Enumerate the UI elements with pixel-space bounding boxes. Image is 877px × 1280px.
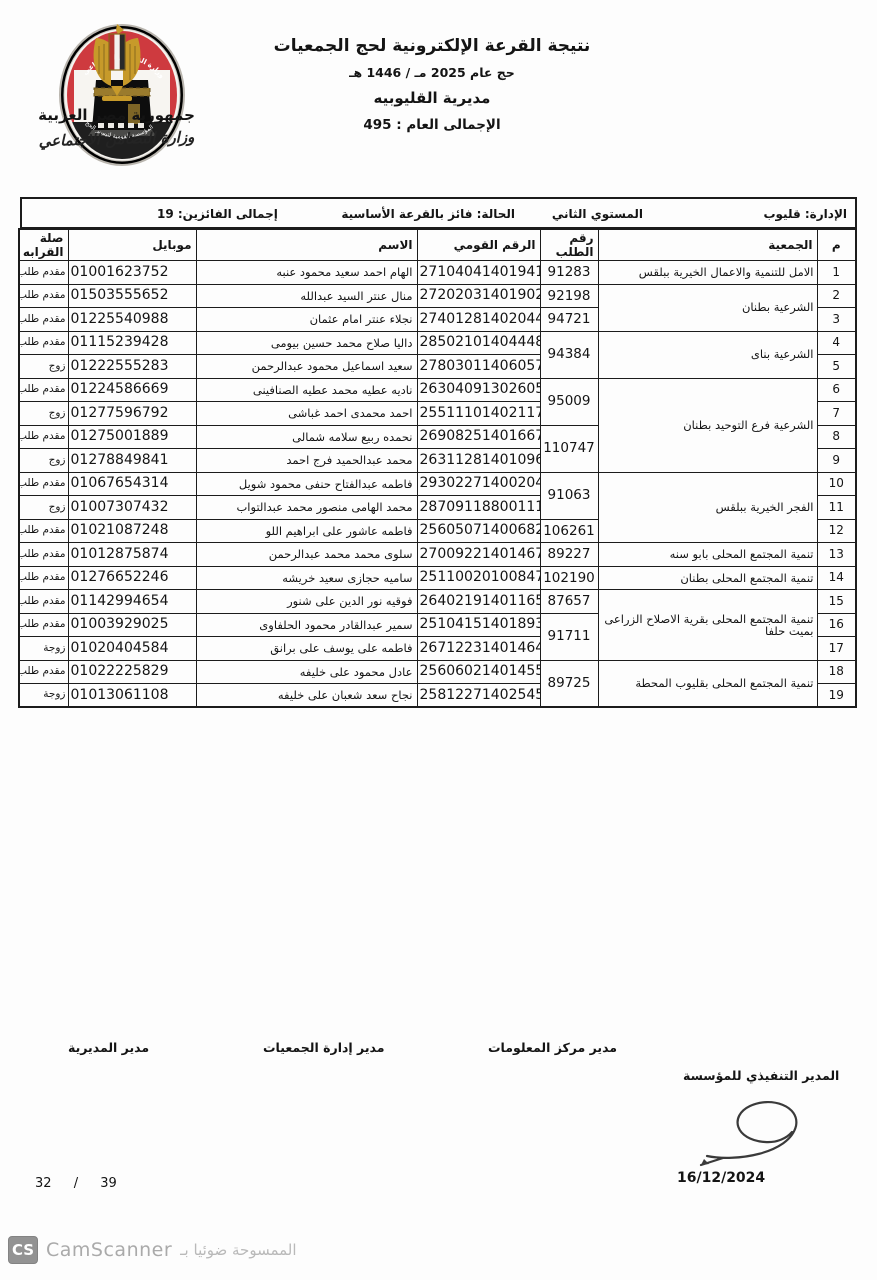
- association-cell: الامل للتنمية والاعمال الخيرية ببلقس: [598, 261, 817, 285]
- directorate-line: مديرية القليوبيه: [227, 89, 637, 107]
- request-number-cell: 94721: [540, 308, 598, 332]
- lottery-results-table: م الجمعية رقم الطلب الرقم القومي الاسم م…: [18, 228, 857, 708]
- association-cell: تنمية المجتمع المحلى بطنان: [598, 566, 817, 590]
- row-number-cell: 8: [817, 425, 856, 449]
- national-id-cell: 26712231401464: [417, 637, 540, 661]
- table-row: 4الشرعية بناى9438428502101404448داليا صل…: [19, 331, 856, 355]
- mobile-cell: 01021087248: [68, 519, 196, 543]
- relation-cell: زوج: [19, 355, 68, 379]
- ministry-header-block: جمهورية مصر العربية وزارة التضامن الاجتم…: [18, 22, 215, 148]
- mobile-cell: 01001623752: [68, 261, 196, 285]
- mobile-cell: 01503555652: [68, 284, 196, 308]
- hajj-year-line: حج عام 2025 مـ / 1446 هـ: [227, 65, 637, 80]
- row-number-cell: 10: [817, 472, 856, 496]
- relation-cell: زوجة: [19, 684, 68, 708]
- national-id-cell: 26908251401667: [417, 425, 540, 449]
- mobile-cell: 01278849841: [68, 449, 196, 473]
- row-number-cell: 14: [817, 566, 856, 590]
- relation-cell: زوج: [19, 402, 68, 426]
- mobile-cell: 01013061108: [68, 684, 196, 708]
- row-number-cell: 2: [817, 284, 856, 308]
- mobile-cell: 01222555283: [68, 355, 196, 379]
- row-number-cell: 4: [817, 331, 856, 355]
- national-id-cell: 27009221401467: [417, 543, 540, 567]
- row-number-cell: 17: [817, 637, 856, 661]
- name-cell: فاطمه عاشور على ابراهيم اللو: [196, 519, 417, 543]
- relation-cell: مقدم طلب: [19, 284, 68, 308]
- national-id-cell: 25511101402117: [417, 402, 540, 426]
- request-number-cell: 110747: [540, 425, 598, 472]
- request-number-cell: 102190: [540, 566, 598, 590]
- request-number-cell: 94384: [540, 331, 598, 378]
- association-cell: الشرعية فرع التوحيد بطنان: [598, 378, 817, 472]
- camscanner-logo-icon: CS: [8, 1236, 38, 1264]
- national-id-cell: 26402191401165: [417, 590, 540, 614]
- name-cell: فوقيه نور الدين على شنور: [196, 590, 417, 614]
- camscanner-brand: CamScanner: [46, 1239, 172, 1261]
- name-cell: محمد عبدالحميد فرج احمد: [196, 449, 417, 473]
- national-id-cell: 27202031401902: [417, 284, 540, 308]
- national-id-cell: 28502101404448: [417, 331, 540, 355]
- mobile-cell: 01115239428: [68, 331, 196, 355]
- mobile-cell: 01003929025: [68, 613, 196, 637]
- mobile-cell: 01277596792: [68, 402, 196, 426]
- relation-cell: مقدم طلب: [19, 472, 68, 496]
- relation-cell: مقدم طلب: [19, 566, 68, 590]
- national-id-cell: 25104151401893: [417, 613, 540, 637]
- col-header-national-id: الرقم القومي: [417, 229, 540, 261]
- scanned-by-label: الممسوحة ضوئيا بـ: [180, 1241, 296, 1259]
- row-number-cell: 19: [817, 684, 856, 708]
- level-label: المستوي الثاني: [552, 207, 643, 221]
- national-id-cell: 27401281402044: [417, 308, 540, 332]
- name-cell: فاطمه على يوسف على برانق: [196, 637, 417, 661]
- row-number-cell: 1: [817, 261, 856, 285]
- name-cell: محمد الهامى منصور محمد عبدالتواب: [196, 496, 417, 520]
- name-cell: سمير عبدالقادر محمود الحلفاوى: [196, 613, 417, 637]
- relation-cell: مقدم طلب: [19, 378, 68, 402]
- request-number-cell: 91711: [540, 613, 598, 660]
- table-row: 18تنمية المجتمع المحلى بقليوب المحطة8972…: [19, 660, 856, 684]
- signature-scribble-icon: [693, 1086, 813, 1168]
- table-row: 15تنمية المجتمع المحلى بقرية الاصلاح الز…: [19, 590, 856, 614]
- mobile-cell: 01012875874: [68, 543, 196, 567]
- national-id-cell: 26304091302605: [417, 378, 540, 402]
- name-cell: الهام احمد سعيد محمود عنبه: [196, 261, 417, 285]
- row-number-cell: 5: [817, 355, 856, 379]
- national-id-cell: 29302271400204: [417, 472, 540, 496]
- col-header-name: الاسم: [196, 229, 417, 261]
- request-number-cell: 89725: [540, 660, 598, 707]
- page-indicator: 32 / 39: [35, 1176, 117, 1191]
- relation-cell: مقدم طلب: [19, 660, 68, 684]
- request-number-cell: 106261: [540, 519, 598, 543]
- table-row: 14تنمية المجتمع المحلى بطنان102190251100…: [19, 566, 856, 590]
- signature-associations-director: مدير إدارة الجمعيات: [263, 1040, 384, 1055]
- row-number-cell: 11: [817, 496, 856, 520]
- administration-label: الإدارة: قليوب: [763, 207, 847, 221]
- col-header-num: م: [817, 229, 856, 261]
- national-id-cell: 27104041401941: [417, 261, 540, 285]
- row-number-cell: 6: [817, 378, 856, 402]
- name-cell: ساميه حجازى سعيد خريشه: [196, 566, 417, 590]
- table-row: 1الامل للتنمية والاعمال الخيرية ببلقس912…: [19, 261, 856, 285]
- name-cell: نجلاء عنتر امام عثمان: [196, 308, 417, 332]
- mobile-cell: 01020404584: [68, 637, 196, 661]
- row-number-cell: 12: [817, 519, 856, 543]
- request-number-cell: 91063: [540, 472, 598, 519]
- name-cell: منال عنتر السيد عبدالله: [196, 284, 417, 308]
- national-id-cell: 25812271402545: [417, 684, 540, 708]
- national-id-cell: 28709118800111: [417, 496, 540, 520]
- request-number-cell: 87657: [540, 590, 598, 614]
- page-total: 39: [100, 1176, 117, 1191]
- name-cell: احمد محمدى احمد غباشى: [196, 402, 417, 426]
- request-number-cell: 92198: [540, 284, 598, 308]
- mobile-cell: 01276652246: [68, 566, 196, 590]
- association-cell: الشرعية بطنان: [598, 284, 817, 331]
- summary-info-bar: الإدارة: قليوب المستوي الثاني الحالة: فا…: [20, 197, 857, 229]
- table-header-row: م الجمعية رقم الطلب الرقم القومي الاسم م…: [19, 229, 856, 261]
- ministry-name-script: وزارة التضامن الاجتماعي: [18, 127, 215, 150]
- page-current: 32: [35, 1176, 52, 1191]
- col-header-association: الجمعية: [598, 229, 817, 261]
- name-cell: سعيد اسماعيل محمود عبدالرحمن: [196, 355, 417, 379]
- row-number-cell: 16: [817, 613, 856, 637]
- page-separator: /: [74, 1176, 78, 1191]
- document-date: 16/12/2024: [677, 1170, 765, 1186]
- national-id-cell: 26311281401096: [417, 449, 540, 473]
- document-title-block: نتيجة القرعة الإلكترونية لحج الجمعيات حج…: [227, 36, 637, 133]
- row-number-cell: 13: [817, 543, 856, 567]
- camscanner-watermark: CS CamScanner الممسوحة ضوئيا بـ: [8, 1236, 297, 1264]
- name-cell: سلوى محمد محمد عبدالرحمن: [196, 543, 417, 567]
- national-id-cell: 25110020100847: [417, 566, 540, 590]
- mobile-cell: 01142994654: [68, 590, 196, 614]
- request-number-cell: 95009: [540, 378, 598, 425]
- relation-cell: مقدم طلب: [19, 425, 68, 449]
- table-row: 10الفجر الخيرية ببلقس9106329302271400204…: [19, 472, 856, 496]
- name-cell: داليا صلاح محمد حسين بيومى: [196, 331, 417, 355]
- request-number-cell: 91283: [540, 261, 598, 285]
- mobile-cell: 01022225829: [68, 660, 196, 684]
- name-cell: نحمده ربيع سلامه شمالى: [196, 425, 417, 449]
- association-cell: الفجر الخيرية ببلقس: [598, 472, 817, 543]
- relation-cell: مقدم طلب: [19, 590, 68, 614]
- association-cell: الشرعية بناى: [598, 331, 817, 378]
- table-row: 6الشرعية فرع التوحيد بطنان95009263040913…: [19, 378, 856, 402]
- mobile-cell: 01224586669: [68, 378, 196, 402]
- relation-cell: مقدم طلب: [19, 261, 68, 285]
- mobile-cell: 01275001889: [68, 425, 196, 449]
- relation-cell: مقدم طلب: [19, 331, 68, 355]
- relation-cell: مقدم طلب: [19, 613, 68, 637]
- relation-cell: مقدم طلب: [19, 519, 68, 543]
- national-id-cell: 27803011406057: [417, 355, 540, 379]
- name-cell: عادل محمود على خليفه: [196, 660, 417, 684]
- grand-total-line: الإجمالى العام : 495: [227, 117, 637, 133]
- relation-cell: زوجة: [19, 637, 68, 661]
- table-row: 13تنمية المجتمع المحلى بابو سنه892272700…: [19, 543, 856, 567]
- signature-directorate-director: مدير المديرية: [68, 1040, 149, 1055]
- national-id-cell: 25605071400682: [417, 519, 540, 543]
- association-cell: تنمية المجتمع المحلى بقليوب المحطة: [598, 660, 817, 707]
- name-cell: نجاح سعد شعبان على خليفه: [196, 684, 417, 708]
- signature-info-center-director: مدير مركز المعلومات: [488, 1040, 617, 1055]
- row-number-cell: 18: [817, 660, 856, 684]
- egypt-eagle-icon: [86, 22, 148, 102]
- country-name: جمهورية مصر العربية: [18, 106, 215, 124]
- row-number-cell: 3: [817, 308, 856, 332]
- document-title: نتيجة القرعة الإلكترونية لحج الجمعيات: [227, 36, 637, 56]
- name-cell: ناديه عطيه محمد عطيه الصنافينى: [196, 378, 417, 402]
- name-cell: فاطمه عبدالفتاح حنفى محمود شويل: [196, 472, 417, 496]
- winners-total-label: إجمالى الفائزين: 19: [157, 207, 278, 221]
- col-header-relation: صلة القرابه: [19, 229, 68, 261]
- scanned-document-page: وزارة التضامن الاجتماعي المؤسسة القومية …: [0, 0, 877, 1280]
- signature-executive-director: المدير التنفيذي للمؤسسة: [683, 1068, 839, 1083]
- relation-cell: مقدم طلب: [19, 543, 68, 567]
- association-cell: تنمية المجتمع المحلى بابو سنه: [598, 543, 817, 567]
- results-table-body: 1الامل للتنمية والاعمال الخيرية ببلقس912…: [19, 261, 856, 708]
- status-label: الحالة: فائز بالقرعة الأساسية: [341, 207, 515, 221]
- row-number-cell: 9: [817, 449, 856, 473]
- relation-cell: مقدم طلب: [19, 308, 68, 332]
- relation-cell: زوج: [19, 496, 68, 520]
- row-number-cell: 7: [817, 402, 856, 426]
- mobile-cell: 01225540988: [68, 308, 196, 332]
- relation-cell: زوج: [19, 449, 68, 473]
- national-id-cell: 25606021401455: [417, 660, 540, 684]
- mobile-cell: 01067654314: [68, 472, 196, 496]
- mobile-cell: 01007307432: [68, 496, 196, 520]
- request-number-cell: 89227: [540, 543, 598, 567]
- handwritten-signature: [693, 1086, 813, 1172]
- col-header-request-no: رقم الطلب: [540, 229, 598, 261]
- row-number-cell: 15: [817, 590, 856, 614]
- association-cell: تنمية المجتمع المحلى بقرية الاصلاح الزرا…: [598, 590, 817, 661]
- col-header-mobile: موبايل: [68, 229, 196, 261]
- table-row: 2الشرعية بطنان9219827202031401902منال عن…: [19, 284, 856, 308]
